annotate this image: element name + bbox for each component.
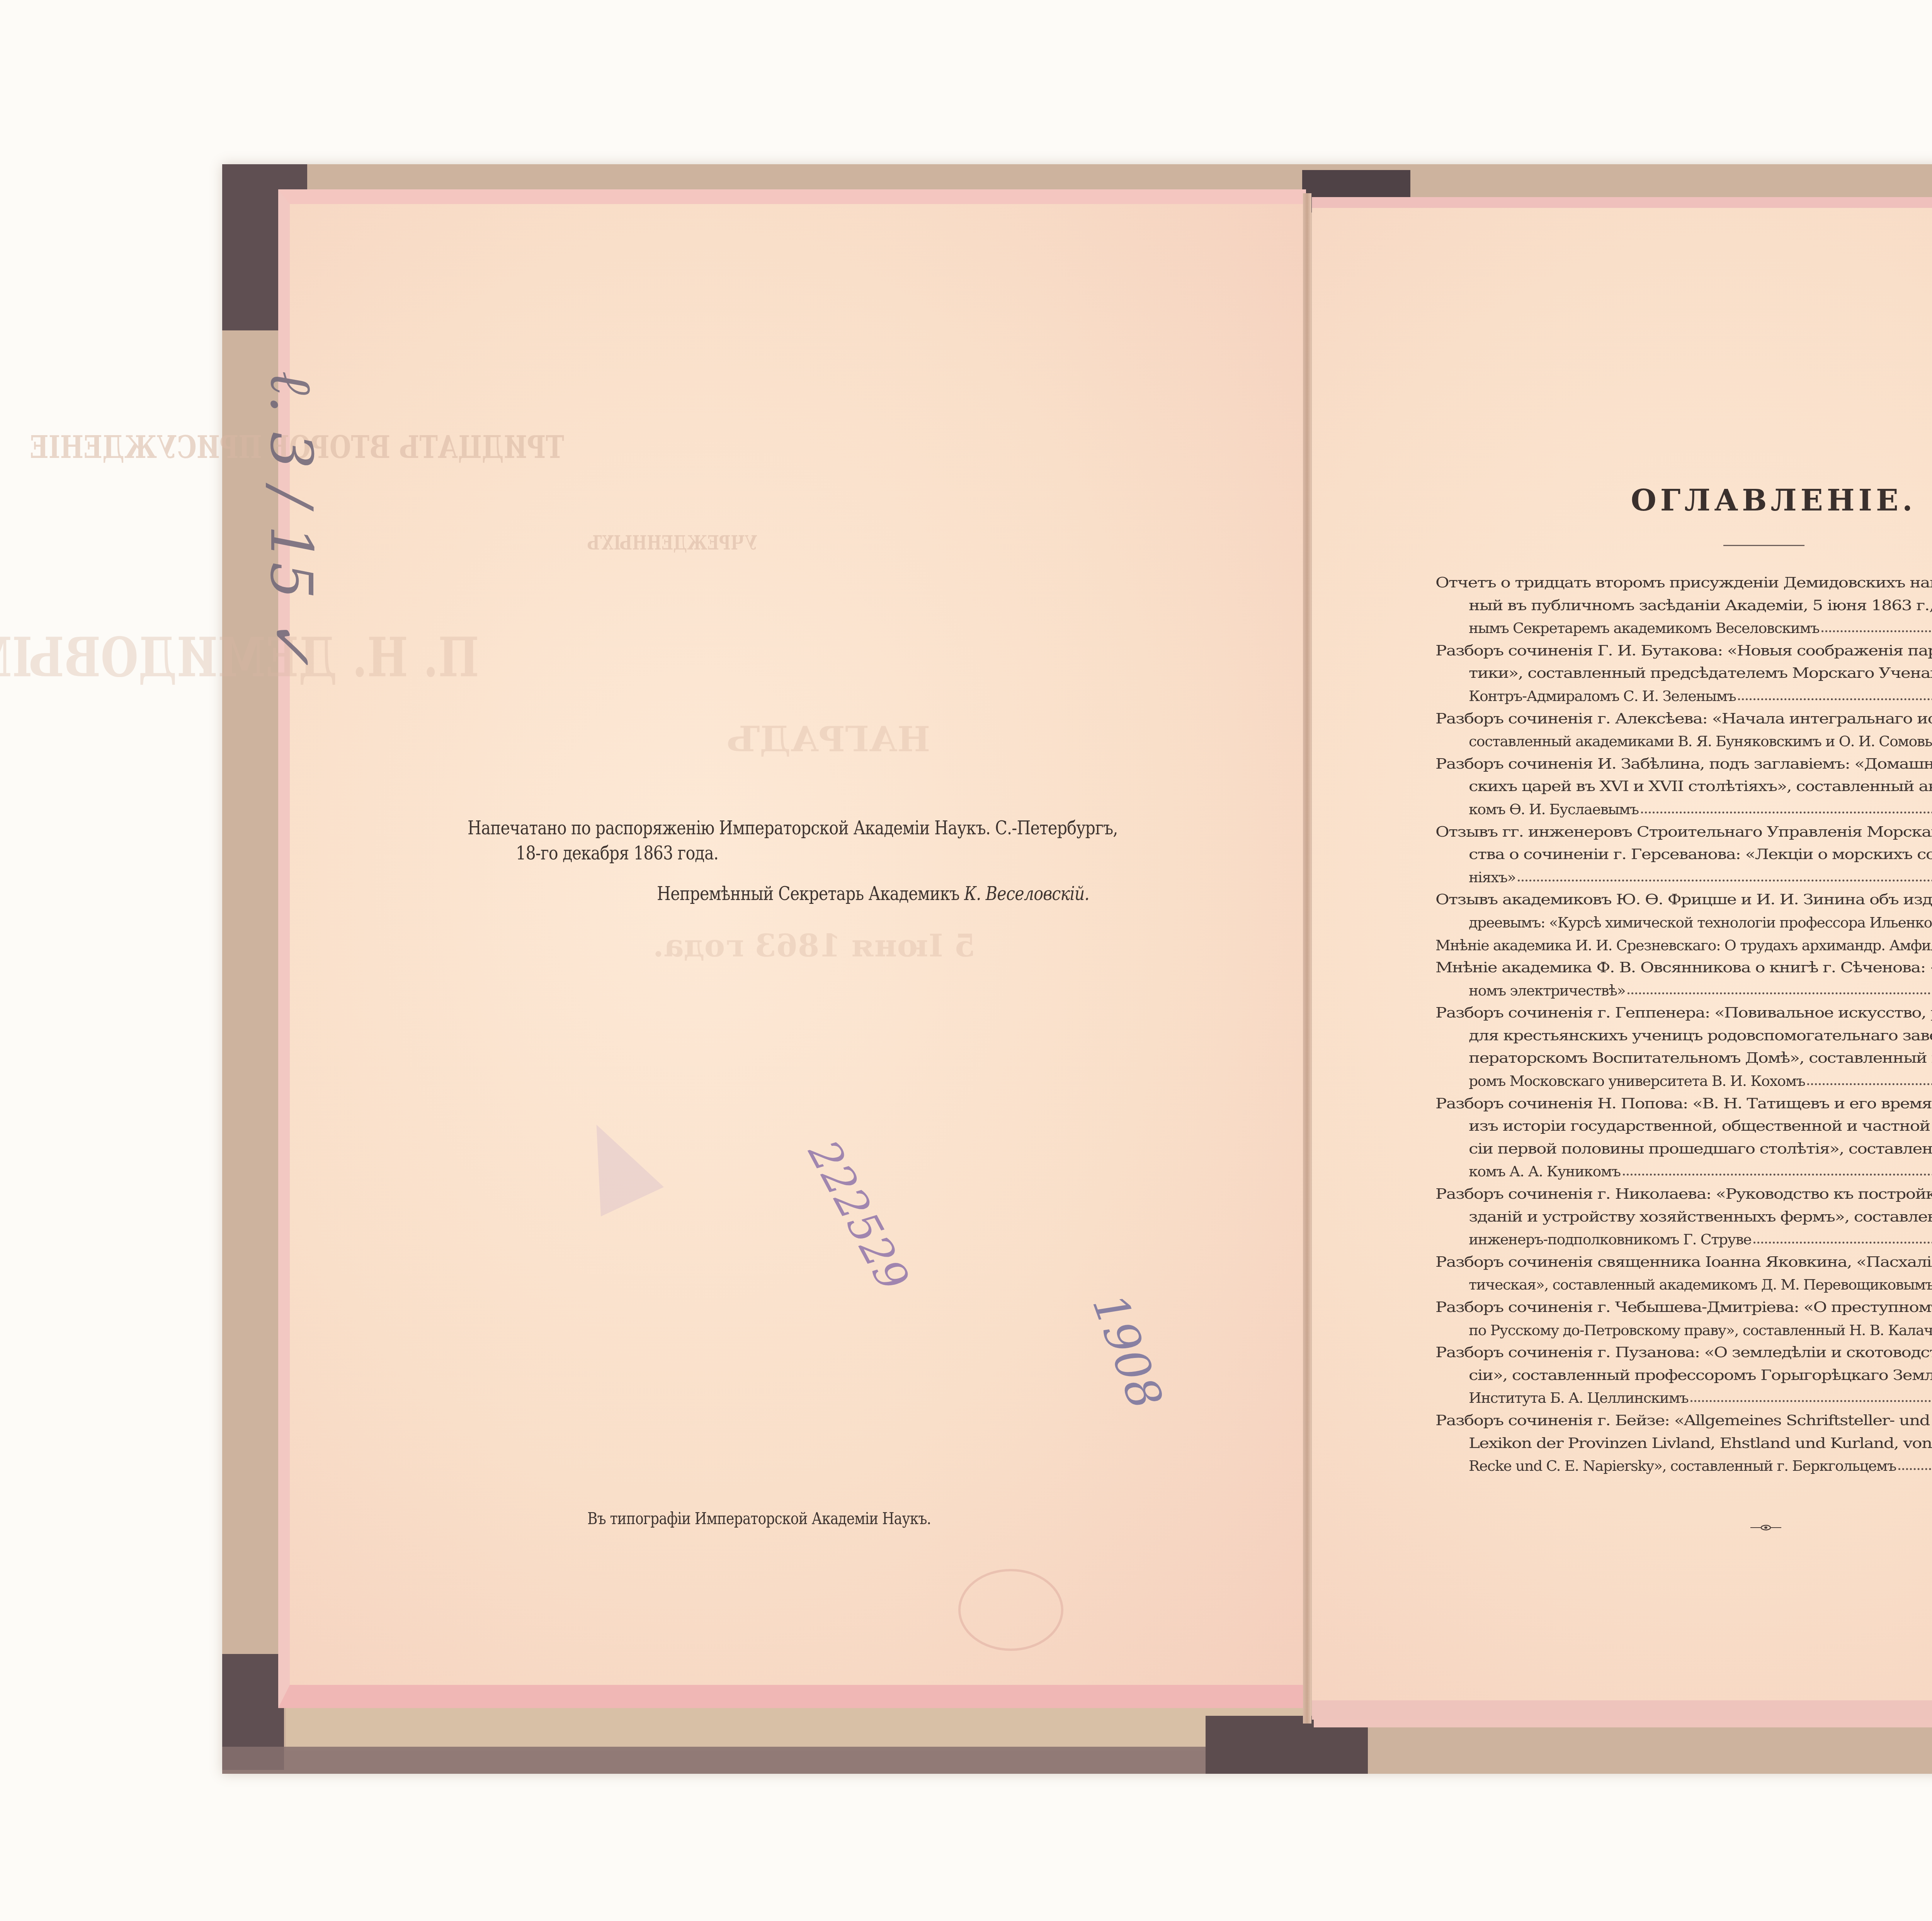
toc-line: составленный академиками В. Я. Буняковск… xyxy=(1435,730,1932,752)
toc-line-text: зданій и устройству хозяйственныхъ фермъ… xyxy=(1469,1205,1932,1228)
toc-line: Контръ-Адмираломъ С. И. Зеленымъ25 xyxy=(1435,684,1932,707)
toc-line-text: ператорскомъ Воспитательномъ Домѣ», сост… xyxy=(1469,1046,1932,1069)
toc-line-text: дреевымъ: «Курсѣ химической технологіи п… xyxy=(1469,911,1932,934)
toc-line: номъ электричествѣ»76 xyxy=(1435,979,1932,1002)
toc-line-text: Разборъ сочиненія г. Пузанова: «О землед… xyxy=(1435,1341,1932,1364)
dot-leader xyxy=(1623,1174,1932,1176)
dot-leader xyxy=(1641,812,1932,813)
toc-line-text: Разборъ сочиненія г. Алексѣева: «Начала … xyxy=(1435,707,1932,730)
toc-entry: Отчетъ о тридцать второмъ присужденіи Де… xyxy=(1435,571,1932,639)
toc-line-text: Recke und C. E. Napiersky», составленный… xyxy=(1469,1455,1896,1477)
toc-line: Разборъ сочиненія священника Іоанна Яков… xyxy=(1435,1251,1932,1273)
toc-entry: Мнѣніе академика Ф. В. Овсянникова о кни… xyxy=(1435,956,1932,1001)
oval-library-stamp xyxy=(958,1569,1063,1651)
signature-name: К. Веселовскій. xyxy=(964,883,1089,905)
dot-leader xyxy=(1821,630,1932,632)
toc-line: тики», составленный предсѣдателемъ Морск… xyxy=(1435,662,1932,684)
ghost-title-line-5: 5 Іюня 1863 года. xyxy=(653,927,975,964)
toc-entry: Разборъ сочиненія г. Чебышева-Дмитріева:… xyxy=(1435,1296,1932,1341)
toc-line: комъ А. А. Куникомъ100 xyxy=(1435,1160,1932,1183)
toc-entry: Разборъ сочиненія Н. Попова: «В. Н. Тати… xyxy=(1435,1092,1932,1183)
toc-entry: Разборъ сочиненія И. Забѣлина, подъ загл… xyxy=(1435,752,1932,820)
toc-line-text: сіи», составленный профессоромъ Горыгорѣ… xyxy=(1469,1364,1932,1387)
toc-title: ОГЛАВЛЕНІЕ. xyxy=(1430,483,1932,517)
toc-line-text: Разборъ сочиненія Н. Попова: «В. Н. Тати… xyxy=(1435,1092,1932,1115)
toc-line: Отзывъ академиковъ Ю. Ѳ. Фрицше и И. И. … xyxy=(1435,888,1932,911)
toc-line: Recke und C. E. Napiersky», составленный… xyxy=(1435,1454,1932,1477)
toc-line-text: Разборъ сочиненія И. Забѣлина, подъ загл… xyxy=(1435,752,1932,775)
toc-line: ства о сочиненіи г. Герсеванова: «Лекціи… xyxy=(1435,843,1932,866)
toc-line: изъ исторіи государственной, общественно… xyxy=(1435,1114,1932,1137)
handwritten-shelfmark: ℓ. 3 / 15 ✓ xyxy=(257,371,325,666)
toc-line: нымъ Секретаремъ академикомъ Веселовским… xyxy=(1435,616,1932,639)
toc-entry: Разборъ сочиненія Г. И. Бутакова: «Новыя… xyxy=(1435,639,1932,707)
toc-line-text: Разборъ сочиненія г. Николаева: «Руковод… xyxy=(1435,1183,1932,1205)
dot-leader xyxy=(1738,698,1932,700)
ghost-title-line-4: НАГРАДЪ xyxy=(726,719,930,760)
toc-line-text: ства о сочиненіи г. Герсеванова: «Лекціи… xyxy=(1469,843,1932,866)
toc-line: Института Б. А. Целлинскимъ136 xyxy=(1435,1386,1932,1409)
toc-entry: Отзывъ академиковъ Ю. Ѳ. Фрицше и И. И. … xyxy=(1435,888,1932,933)
toc-line-text: Отзывъ гг. инженеровъ Строительнаго Упра… xyxy=(1435,820,1932,843)
dot-leader xyxy=(1753,1242,1932,1244)
toc-line-text: Института Б. А. Целлинскимъ xyxy=(1469,1387,1688,1409)
toc-line-text: для крестьянскихъ ученицъ родовспомогате… xyxy=(1469,1024,1932,1047)
toc-line-text: по Русскому до-Петровскому праву», соста… xyxy=(1469,1319,1932,1341)
toc-line: комъ Ѳ. И. Буслаевымъ49 xyxy=(1435,798,1932,820)
toc-line-text: Мнѣніе академика Ф. В. Овсянникова о кни… xyxy=(1435,956,1932,979)
toc-line-text: Lexikon der Provinzen Livland, Ehstland … xyxy=(1469,1432,1932,1455)
toc-line: сіи», составленный профессоромъ Горыгорѣ… xyxy=(1435,1364,1932,1387)
toc-line: Отзывъ гг. инженеровъ Строительнаго Упра… xyxy=(1435,820,1932,843)
toc-line-text: сіи первой половины прошедшаго столѣтія»… xyxy=(1469,1137,1932,1160)
toc-entry: Разборъ сочиненія г. Николаева: «Руковод… xyxy=(1435,1183,1932,1251)
signature-title: Непремѣнный Секретарь Академикъ xyxy=(657,883,964,905)
toc-line: тическая», составленный академикомъ Д. М… xyxy=(1435,1273,1932,1296)
toc-line-text: нымъ Секретаремъ академикомъ Веселовским… xyxy=(1469,617,1819,639)
toc-line: для крестьянскихъ ученицъ родовспомогате… xyxy=(1435,1024,1932,1047)
toc-line: Разборъ сочиненія г. Геппенера: «Повивал… xyxy=(1435,1001,1932,1024)
toc-line: скихъ царей въ XVI и XVII столѣтіяхъ», с… xyxy=(1435,775,1932,798)
printer-line: Въ типографіи Императорской Академіи Нау… xyxy=(587,1509,931,1528)
toc-line-text: номъ электричествѣ» xyxy=(1469,979,1625,1002)
toc-line: Мнѣніе академика И. И. Срезневскаго: О т… xyxy=(1435,934,1932,956)
imprint-line-2: 18-го декабря 1863 года. xyxy=(516,842,718,864)
dot-leader xyxy=(1807,1083,1932,1085)
toc-line-text: Разборъ сочиненія Г. И. Бутакова: «Новыя… xyxy=(1435,639,1932,662)
toc-line-text: составленный академиками В. Я. Буняковск… xyxy=(1469,730,1932,752)
toc-line: Мнѣніе академика Ф. В. Овсянникова о кни… xyxy=(1435,956,1932,979)
toc-line: Разборъ сочиненія г. Пузанова: «О землед… xyxy=(1435,1341,1932,1364)
end-ornament-icon xyxy=(1750,1525,1781,1531)
toc-line: инженеръ-подполковникомъ Г. Струве105 xyxy=(1435,1228,1932,1251)
toc-line-text: ный въ публичномъ засѣданіи Академіи, 5 … xyxy=(1469,594,1932,617)
toc-line-text: Разборъ сочиненія г. Бейзе: «Allgemeines… xyxy=(1435,1409,1932,1432)
toc-line-text: изъ исторіи государственной, общественно… xyxy=(1469,1114,1932,1137)
dot-leader xyxy=(1690,1400,1932,1402)
book-gutter xyxy=(1303,193,1311,1724)
table-of-contents: Отчетъ о тридцать второмъ присужденіи Де… xyxy=(1435,571,1932,1477)
toc-line-text: Контръ-Адмираломъ С. И. Зеленымъ xyxy=(1469,685,1736,707)
toc-line-text: скихъ царей въ XVI и XVII столѣтіяхъ», с… xyxy=(1469,775,1932,798)
toc-line-text: Отзывъ академиковъ Ю. Ѳ. Фрицше и И. И. … xyxy=(1435,888,1932,911)
imprint-line-1: Напечатано по распоряженію Императорской… xyxy=(468,817,1118,839)
toc-line: ный въ публичномъ засѣданіи Академіи, 5 … xyxy=(1435,594,1932,617)
toc-line: Lexikon der Provinzen Livland, Ehstland … xyxy=(1435,1432,1932,1455)
ghost-title-line-3: П. Н. ДЕМИДОВЫМЪ xyxy=(0,626,479,689)
toc-line-text: тики», составленный предсѣдателемъ Морск… xyxy=(1469,662,1932,684)
toc-line: Разборъ сочиненія И. Забѣлина, подъ загл… xyxy=(1435,752,1932,775)
toc-line: Разборъ сочиненія г. Алексѣева: «Начала … xyxy=(1435,707,1932,730)
dot-leader xyxy=(1628,992,1932,994)
dot-leader xyxy=(1518,880,1932,881)
toc-entry: Отзывъ гг. инженеровъ Строительнаго Упра… xyxy=(1435,820,1932,888)
toc-line: ператорскомъ Воспитательномъ Домѣ», сост… xyxy=(1435,1046,1932,1069)
toc-line: Разборъ сочиненія г. Чебышева-Дмитріева:… xyxy=(1435,1296,1932,1319)
toc-line: Отчетъ о тридцать второмъ присужденіи Де… xyxy=(1435,571,1932,594)
toc-line-text: ніяхъ» xyxy=(1469,866,1515,888)
toc-line: Разборъ сочиненія г. Бейзе: «Allgemeines… xyxy=(1435,1409,1932,1432)
toc-line: ромъ Московскаго университета В. И. Кохо… xyxy=(1435,1069,1932,1092)
toc-line: по Русскому до-Петровскому праву», соста… xyxy=(1435,1319,1932,1341)
toc-entry: Разборъ сочиненія г. Пузанова: «О землед… xyxy=(1435,1341,1932,1409)
toc-line: дреевымъ: «Курсѣ химической технологіи п… xyxy=(1435,911,1932,934)
dot-leader xyxy=(1898,1468,1932,1470)
toc-line-text: Отчетъ о тридцать второмъ присужденіи Де… xyxy=(1435,571,1932,594)
imprint-signature: Непремѣнный Секретарь Академикъ К. Весел… xyxy=(657,883,1089,905)
toc-entry: Разборъ сочиненія г. Геппенера: «Повивал… xyxy=(1435,1001,1932,1092)
title-rule xyxy=(1723,545,1804,546)
cover-cloth-bottom xyxy=(286,1708,1306,1751)
toc-line-text: Разборъ сочиненія г. Чебышева-Дмитріева:… xyxy=(1435,1296,1932,1319)
toc-line-text: комъ А. А. Куникомъ xyxy=(1469,1160,1621,1183)
toc-line: Разборъ сочиненія г. Николаева: «Руковод… xyxy=(1435,1183,1932,1205)
toc-line: зданій и устройству хозяйственныхъ фермъ… xyxy=(1435,1205,1932,1228)
ghost-title-line-2: УЧРЕЖДЕННЫХЪ xyxy=(587,531,757,554)
toc-line-text: Разборъ сочиненія г. Геппенера: «Повивал… xyxy=(1435,1001,1932,1024)
cover-bottom-shadow xyxy=(222,1747,1304,1774)
toc-entry: Разборъ сочиненія священника Іоанна Яков… xyxy=(1435,1251,1932,1296)
toc-line-text: ромъ Московскаго университета В. И. Кохо… xyxy=(1469,1070,1805,1092)
toc-entry: Мнѣніе академика И. И. Срезневскаго: О т… xyxy=(1435,934,1932,956)
toc-line-text: Мнѣніе академика И. И. Срезневскаго: О т… xyxy=(1435,934,1932,956)
toc-line: сіи первой половины прошедшаго столѣтія»… xyxy=(1435,1137,1932,1160)
toc-line-text: инженеръ-подполковникомъ Г. Струве xyxy=(1469,1228,1751,1251)
toc-line-text: комъ Ѳ. И. Буслаевымъ xyxy=(1469,798,1639,820)
toc-line: Разборъ сочиненія Н. Попова: «В. Н. Тати… xyxy=(1435,1092,1932,1115)
toc-line: Разборъ сочиненія Г. И. Бутакова: «Новыя… xyxy=(1435,639,1932,662)
toc-line: ніяхъ»66 xyxy=(1435,866,1932,888)
toc-entry: Разборъ сочиненія г. Алексѣева: «Начала … xyxy=(1435,707,1932,752)
toc-entry: Разборъ сочиненія г. Бейзе: «Allgemeines… xyxy=(1435,1409,1932,1477)
toc-line-text: Разборъ сочиненія священника Іоанна Яков… xyxy=(1435,1251,1932,1273)
toc-line-text: тическая», составленный академикомъ Д. М… xyxy=(1469,1273,1932,1296)
